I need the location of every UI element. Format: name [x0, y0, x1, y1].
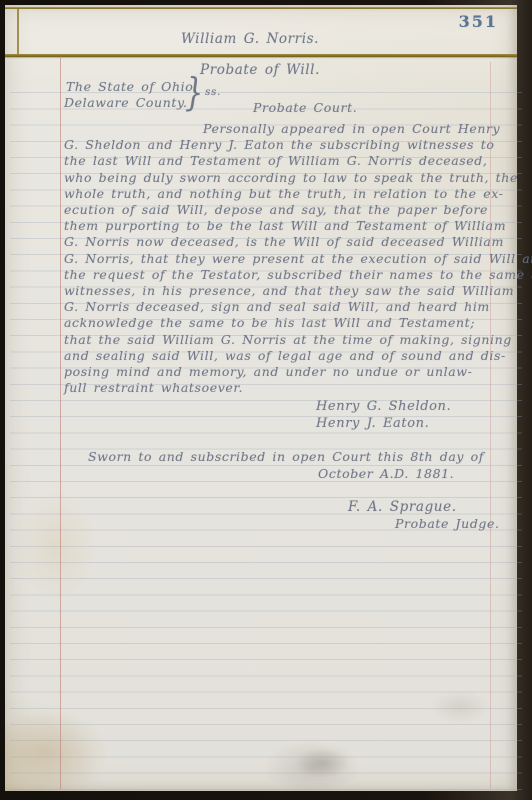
page-number: 351 [450, 12, 498, 31]
body-line: that the said William G. Norris at the t… [64, 332, 514, 348]
caption-state-line: The State of Ohio. [66, 79, 198, 94]
body-line: posing mind and memory, and under no und… [64, 364, 514, 380]
body-line: G. Norris, that they were present at the… [64, 251, 514, 267]
paper-stain [430, 690, 490, 724]
body-line: G. Norris deceased, sign and seal said W… [64, 299, 514, 315]
decorative-rule-header [5, 54, 517, 57]
caption-county-line: Delaware County. [64, 95, 188, 110]
body-line: the request of the Testator, subscribed … [64, 267, 514, 283]
body-line: the last Will and Testament of William G… [64, 153, 514, 169]
witness-signature: Henry G. Sheldon. [316, 398, 451, 415]
ink-smudge [295, 748, 350, 778]
body-line: ecution of said Will, depose and say, th… [64, 202, 514, 218]
jurat-line: Sworn to and subscribed in open Court th… [88, 449, 484, 464]
body-line: whole truth, and nothing but the truth, … [64, 186, 514, 202]
body-line: Personally appeared in open Court Henry [64, 121, 514, 137]
witness-signatures: Henry G. Sheldon. Henry J. Eaton. [316, 398, 451, 432]
deposition-paragraph: Personally appeared in open Court Henry … [64, 121, 514, 396]
photo-background: 351 William G. Norris. Probate of Will. … [0, 0, 532, 800]
jurat-date-line: October A.D. 1881. [318, 466, 454, 481]
body-line: full restraint whatsoever. [64, 380, 514, 396]
decorative-rule-vertical [17, 9, 19, 54]
body-line: and sealing said Will, was of legal age … [64, 348, 514, 364]
caption-brace: } [185, 72, 203, 112]
witness-signature: Henry J. Eaton. [316, 415, 451, 432]
running-header-name: William G. Norris. [130, 31, 370, 47]
body-line: them purporting to be the last Will and … [64, 218, 514, 234]
body-line: G. Norris now deceased, is the Will of s… [64, 234, 514, 250]
left-margin-line [60, 56, 61, 789]
body-line: who being duly sworn according to law to… [64, 170, 514, 186]
judge-title: Probate Judge. [395, 516, 500, 531]
body-line: G. Sheldon and Henry J. Eaton the subscr… [64, 137, 514, 153]
caption-ss-abbrev: ss. [205, 86, 221, 98]
judge-signature: F. A. Sprague. [348, 499, 457, 515]
caption-court-name: Probate Court. [253, 100, 357, 115]
body-line: acknowledge the same to be his last Will… [64, 315, 514, 331]
document-title: Probate of Will. [150, 62, 370, 78]
decorative-rule-top [5, 7, 517, 9]
body-line: witnesses, in his presence, and that the… [64, 283, 514, 299]
